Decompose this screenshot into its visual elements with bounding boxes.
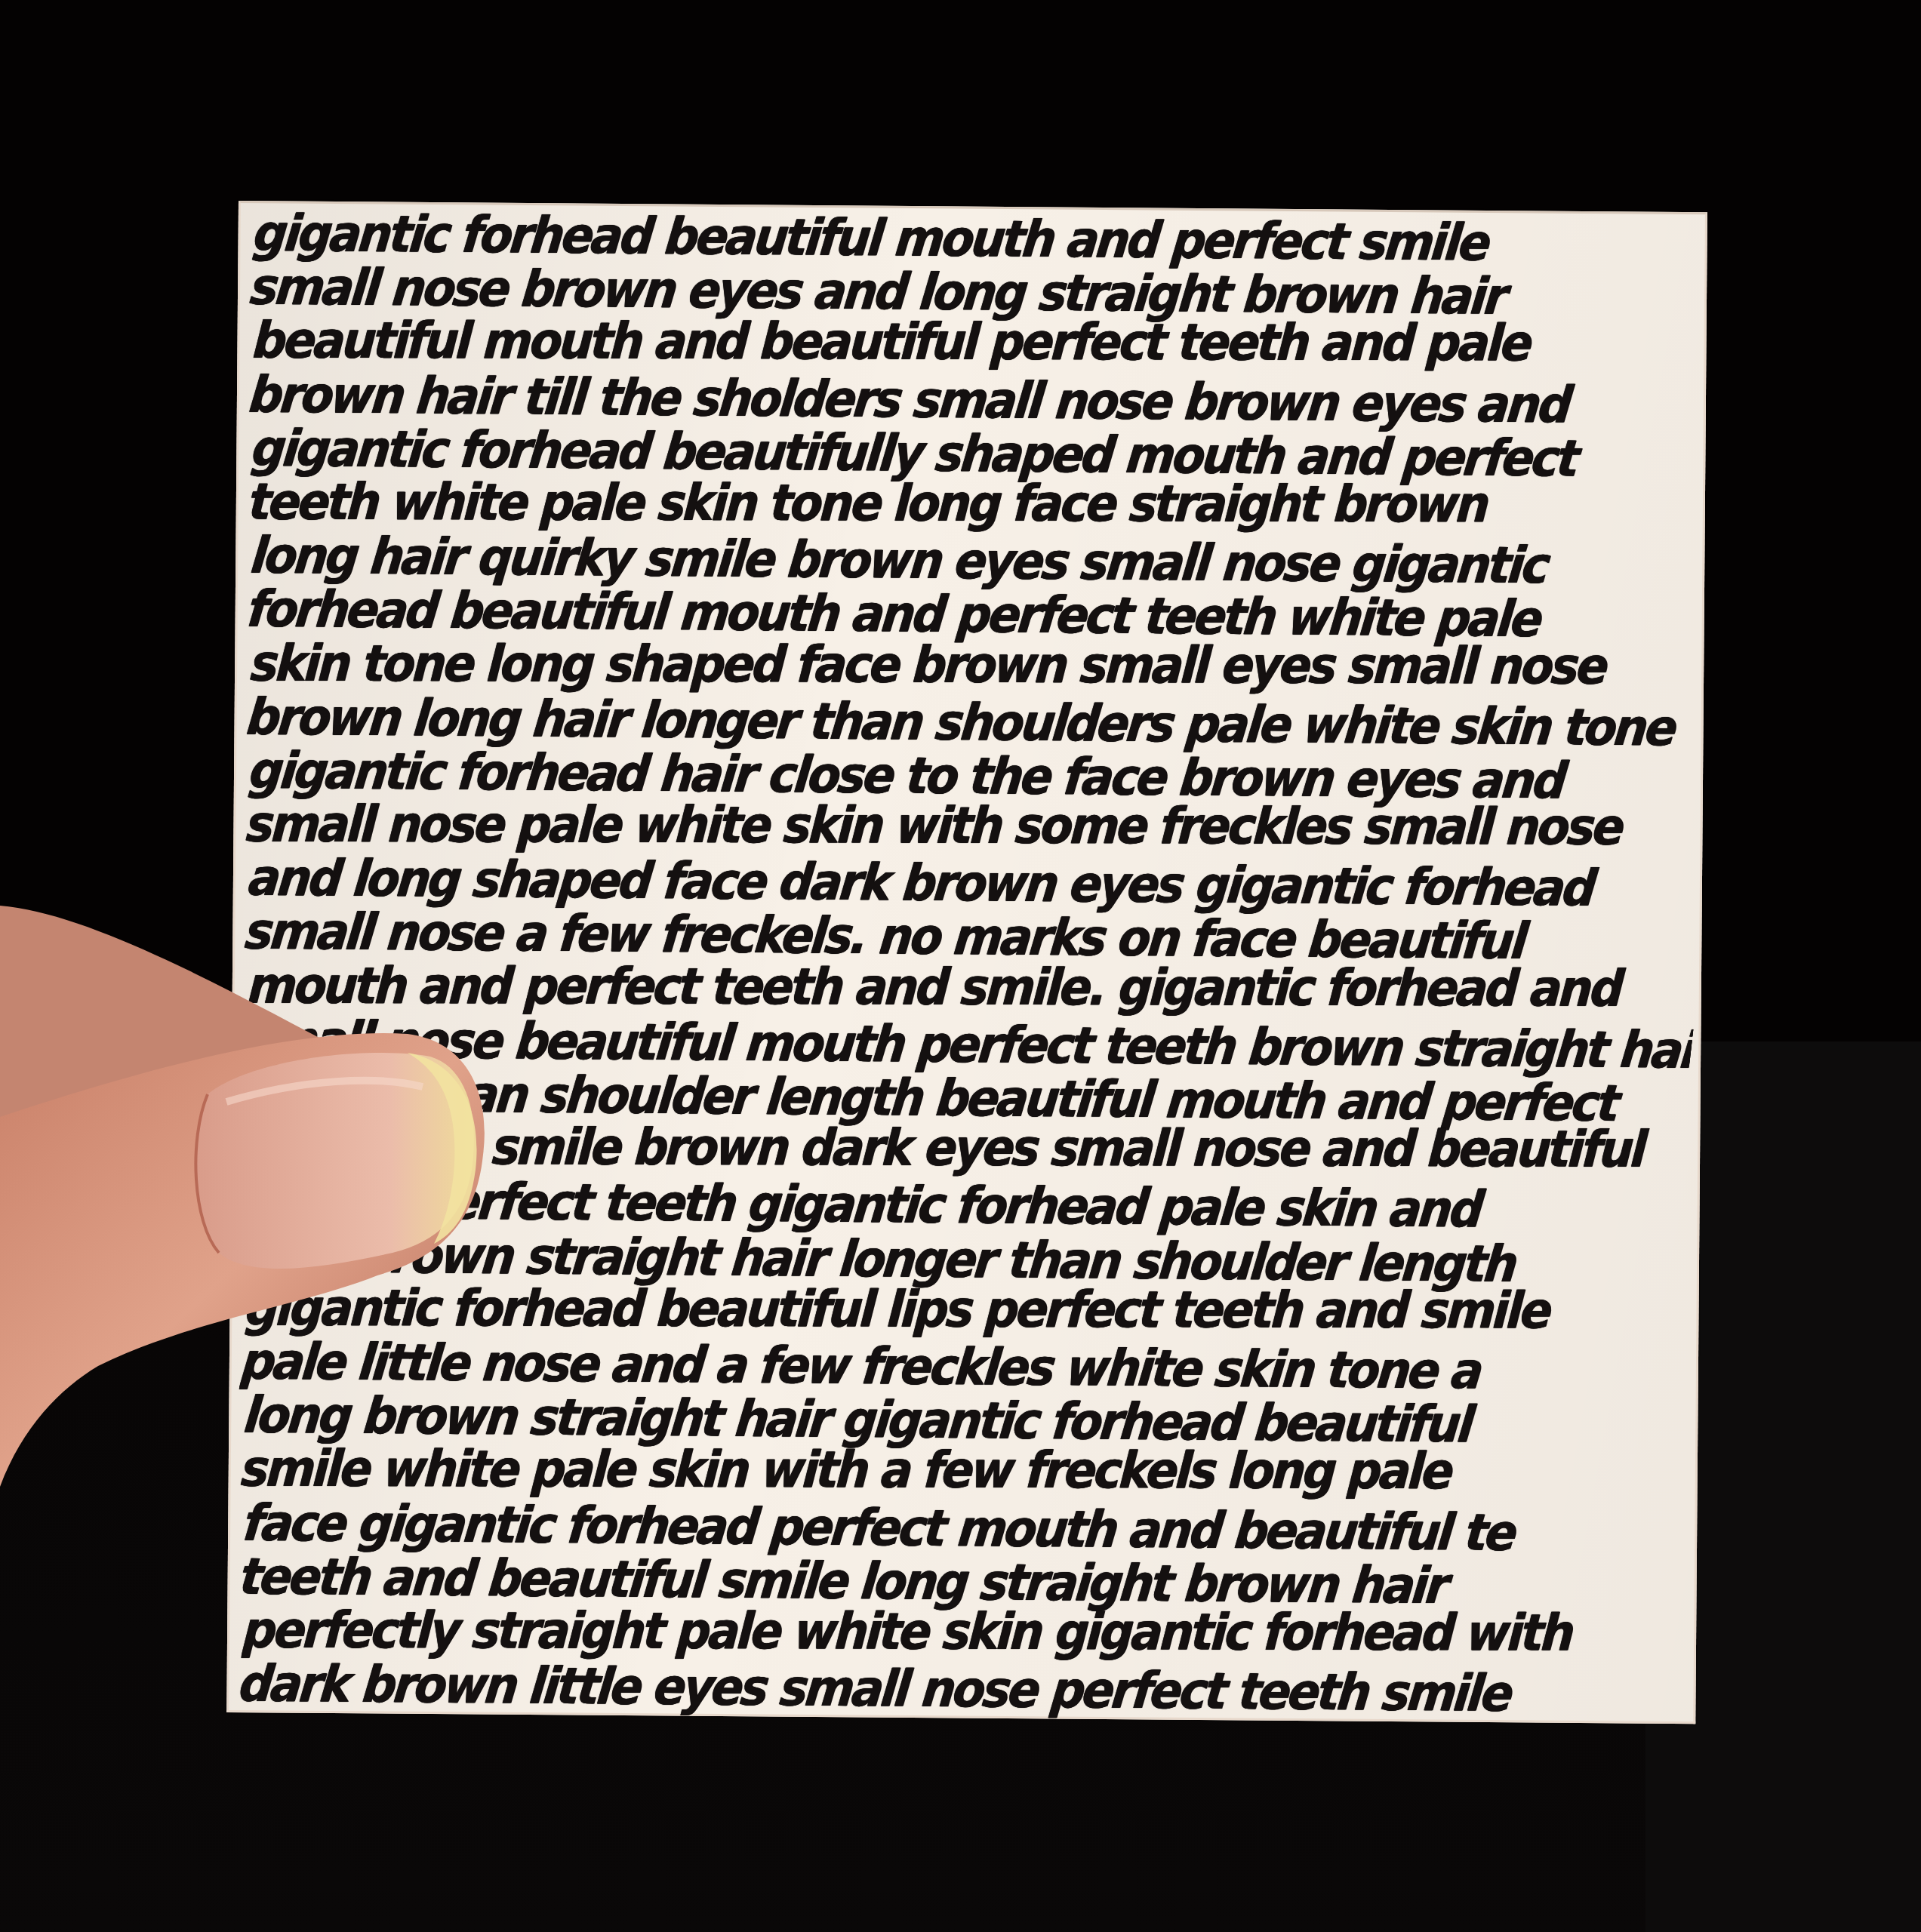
note-line: dark brown little eyes small nose perfec… xyxy=(236,1654,1689,1724)
note-line: mouth and perfect teeth and smile. gigan… xyxy=(246,956,1694,1017)
note-line: beautiful mouth and beautiful perfect te… xyxy=(251,312,1699,373)
handwritten-note: gigantic forhead beautiful mouth and per… xyxy=(226,201,1707,1724)
note-line: gigantic forhead beautiful lips perfect … xyxy=(244,1278,1692,1340)
note-line: perfectly straight pale white skin gigan… xyxy=(241,1601,1689,1662)
note-line: teeth white pale skin tone long face str… xyxy=(247,472,1698,534)
note-line: small nose pale white skin with some fre… xyxy=(245,795,1695,856)
note-line: smile white pale skin with a few freckel… xyxy=(239,1440,1690,1501)
note-text: gigantic forhead beautiful mouth and per… xyxy=(239,206,1698,1721)
note-line: skin tone long shaped face brown small e… xyxy=(248,634,1696,695)
note-line: teeth and smile brown dark eyes small no… xyxy=(242,1117,1692,1178)
